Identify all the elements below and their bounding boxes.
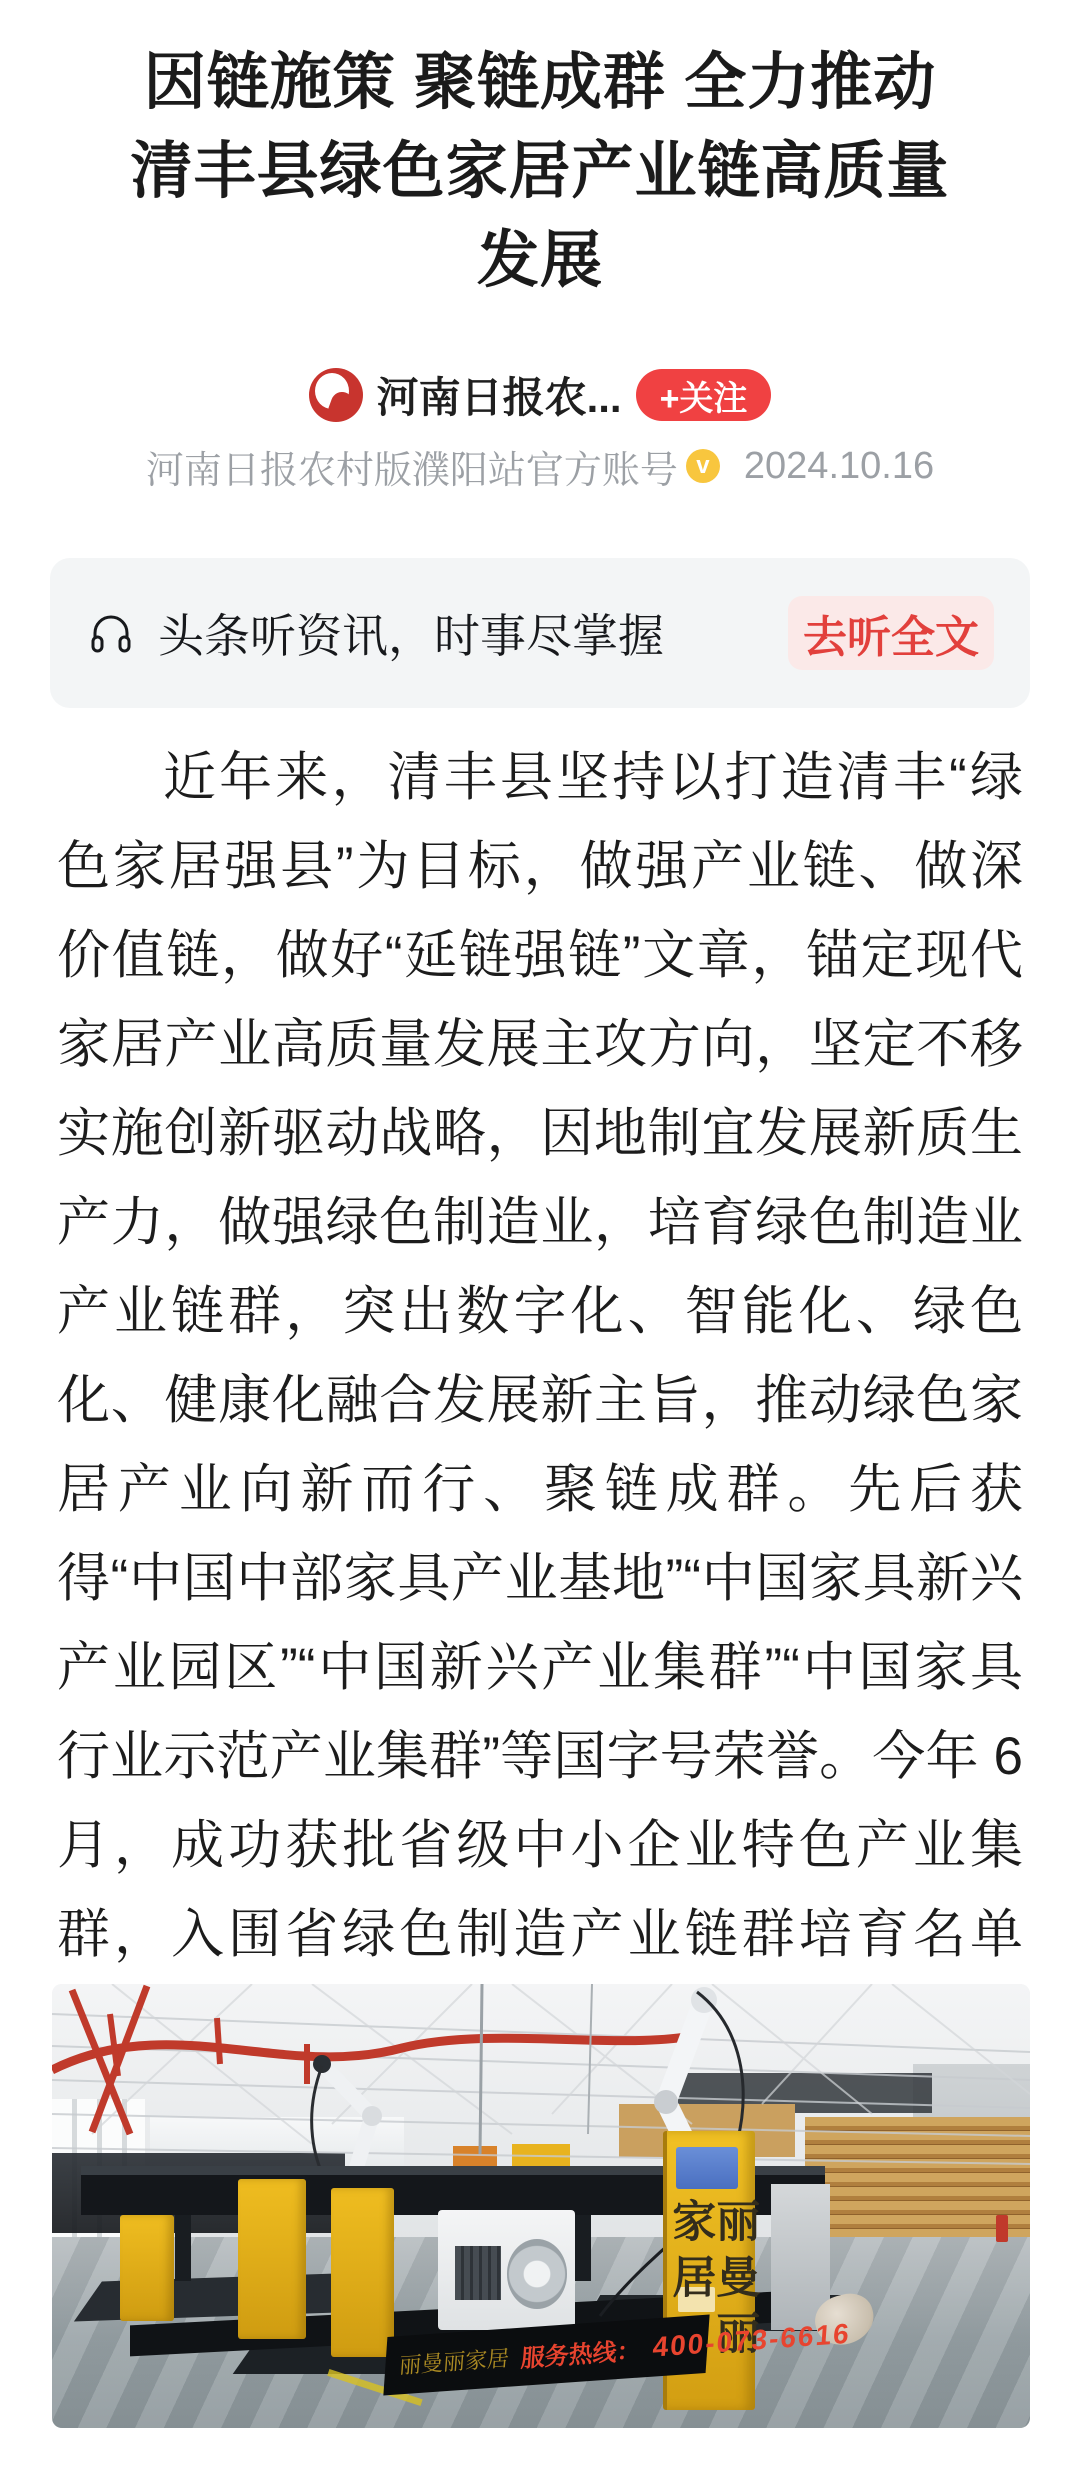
author-name[interactable]: 河南日报农... <box>377 365 622 425</box>
author-description: 河南日报农村版濮阳站官方账号 <box>146 439 678 494</box>
photo-white-machine <box>438 2210 575 2330</box>
article-photo-factory[interactable]: 丽曼丽家居 丽曼丽家居 服务热线： 400-073-6616 <box>52 1984 1030 2428</box>
listen-article-box: 头条听资讯，时事尽掌握 去听全文 <box>50 558 1030 708</box>
banner-hotline-label: 服务热线： <box>519 2331 641 2375</box>
banner-brand-text: 丽曼丽家居 <box>398 2342 510 2381</box>
pillar-brand-text: 丽曼丽家居 <box>667 2198 755 2411</box>
publish-date: 2024.10.16 <box>744 445 934 488</box>
listen-full-text-button[interactable]: 去听全文 <box>788 596 994 670</box>
pillar-blue-sign <box>676 2147 738 2189</box>
photo-fire-extinguisher <box>996 2215 1008 2242</box>
author-meta-row: 河南日报农村版濮阳站官方账号 v 2024.10.16 <box>0 442 1080 490</box>
publisher-logo-icon[interactable] <box>309 368 363 422</box>
article-body: 近年来，清丰县坚持以打造清丰“绿色家居强县”为目标，做强产业链、做深价值链，做好… <box>57 733 1023 2068</box>
photo-yellow-column <box>120 2215 174 2322</box>
verified-badge-icon: v <box>686 449 720 483</box>
article-page: 因链施策 聚链成群 全力推动清丰县绿色家居产业链高质量发展 河南日报农... +… <box>0 0 1080 2477</box>
author-row: 河南日报农... +关注 <box>0 366 1080 424</box>
follow-button[interactable]: +关注 <box>636 369 772 421</box>
photo-yellow-column <box>238 2179 306 2339</box>
photo-yellow-column <box>331 2188 395 2357</box>
machine-vent <box>455 2246 502 2300</box>
headphone-icon <box>86 608 136 658</box>
listen-promo-text: 头条听资讯，时事尽掌握 <box>158 600 788 666</box>
machine-fan <box>507 2239 567 2309</box>
article-title: 因链施策 聚链成群 全力推动清丰县绿色家居产业链高质量发展 <box>115 38 965 305</box>
